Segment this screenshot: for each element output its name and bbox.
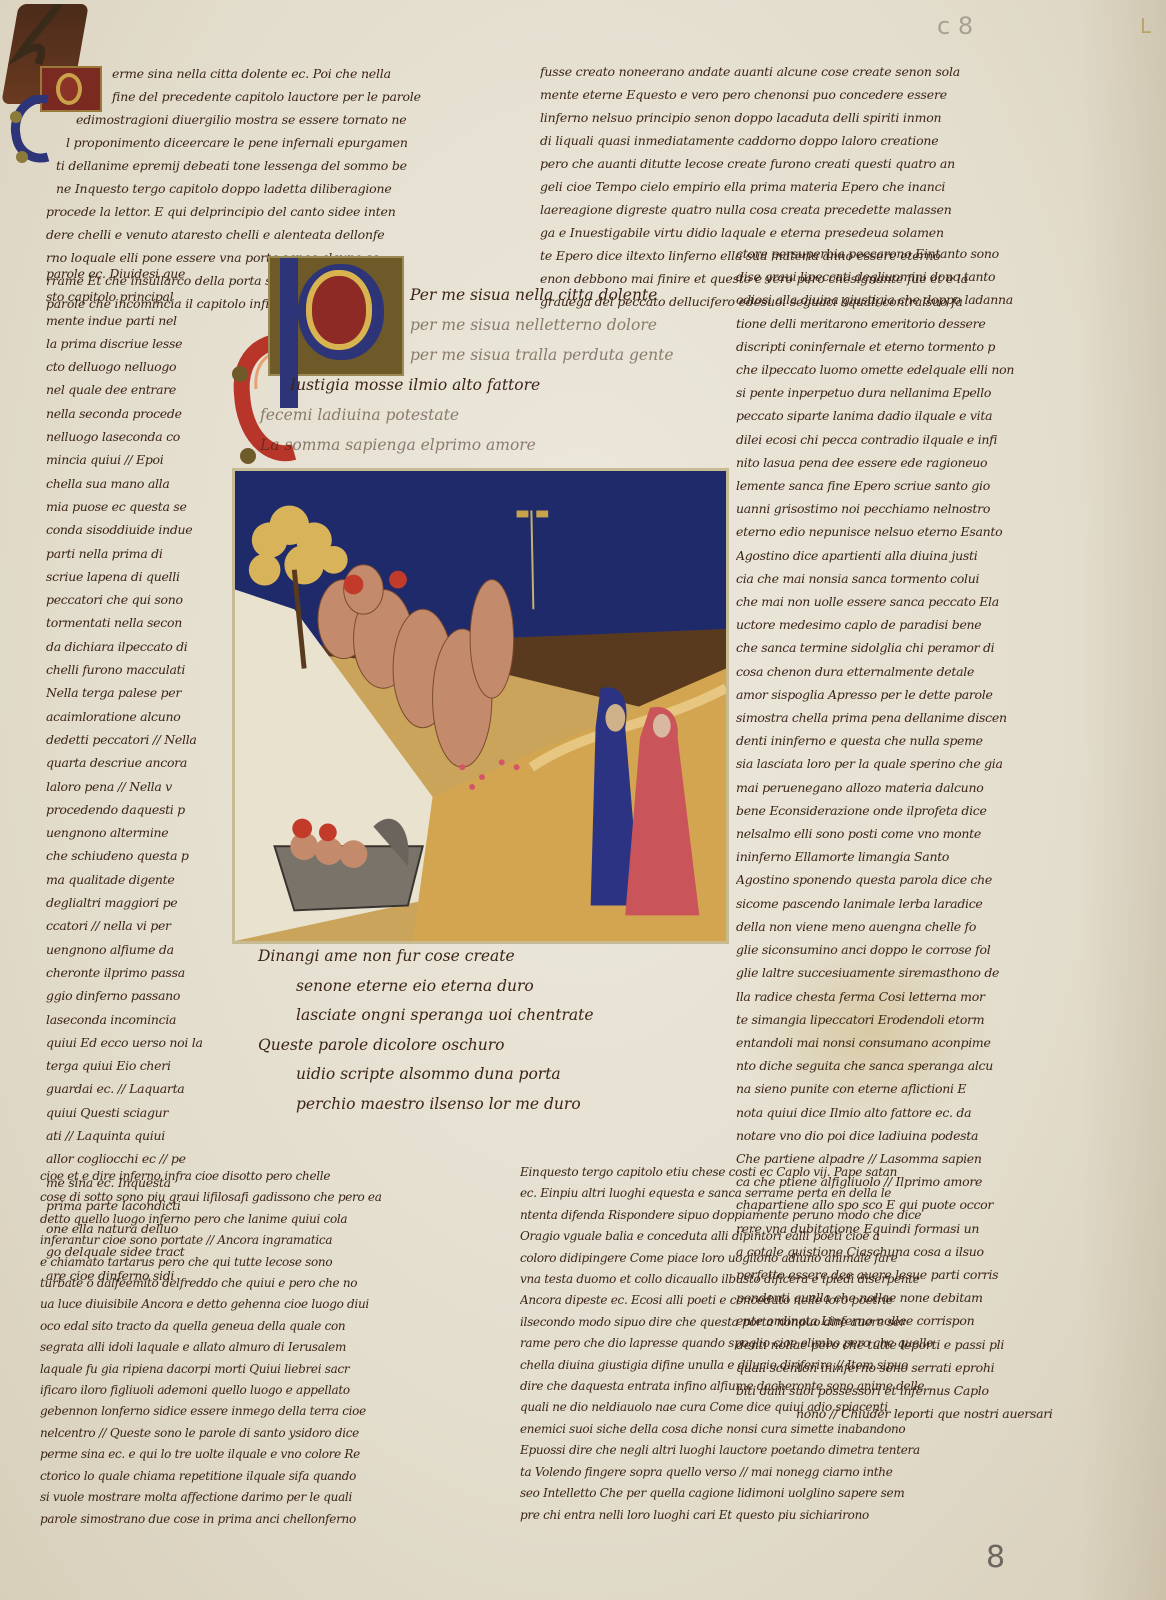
folio-number-top: c 8 (937, 12, 973, 40)
folio-number-bottom: 8 (986, 1540, 1005, 1575)
verse-block-bottom: Dinangi ame non fur cose create senone e… (258, 942, 594, 1119)
commentary-left-narrow: parole ec. Diuidesi que sto capitolo pri… (46, 262, 236, 1287)
commentary-left-bottom: cioe et e dire inferno infra cioe disott… (40, 1166, 480, 1530)
miniature-painting (232, 468, 729, 944)
gate-of-hell-scene-icon (235, 471, 726, 941)
commentary-right-bottom: Einquesto tergo capitolo etiu chese cost… (520, 1162, 1080, 1526)
verse-block-top: Per me sisua nella citta dolente per me … (410, 280, 674, 460)
edge-shadow (1080, 0, 1166, 1600)
corner-mark: L (1140, 14, 1151, 38)
initial-p-box-large (268, 256, 404, 376)
